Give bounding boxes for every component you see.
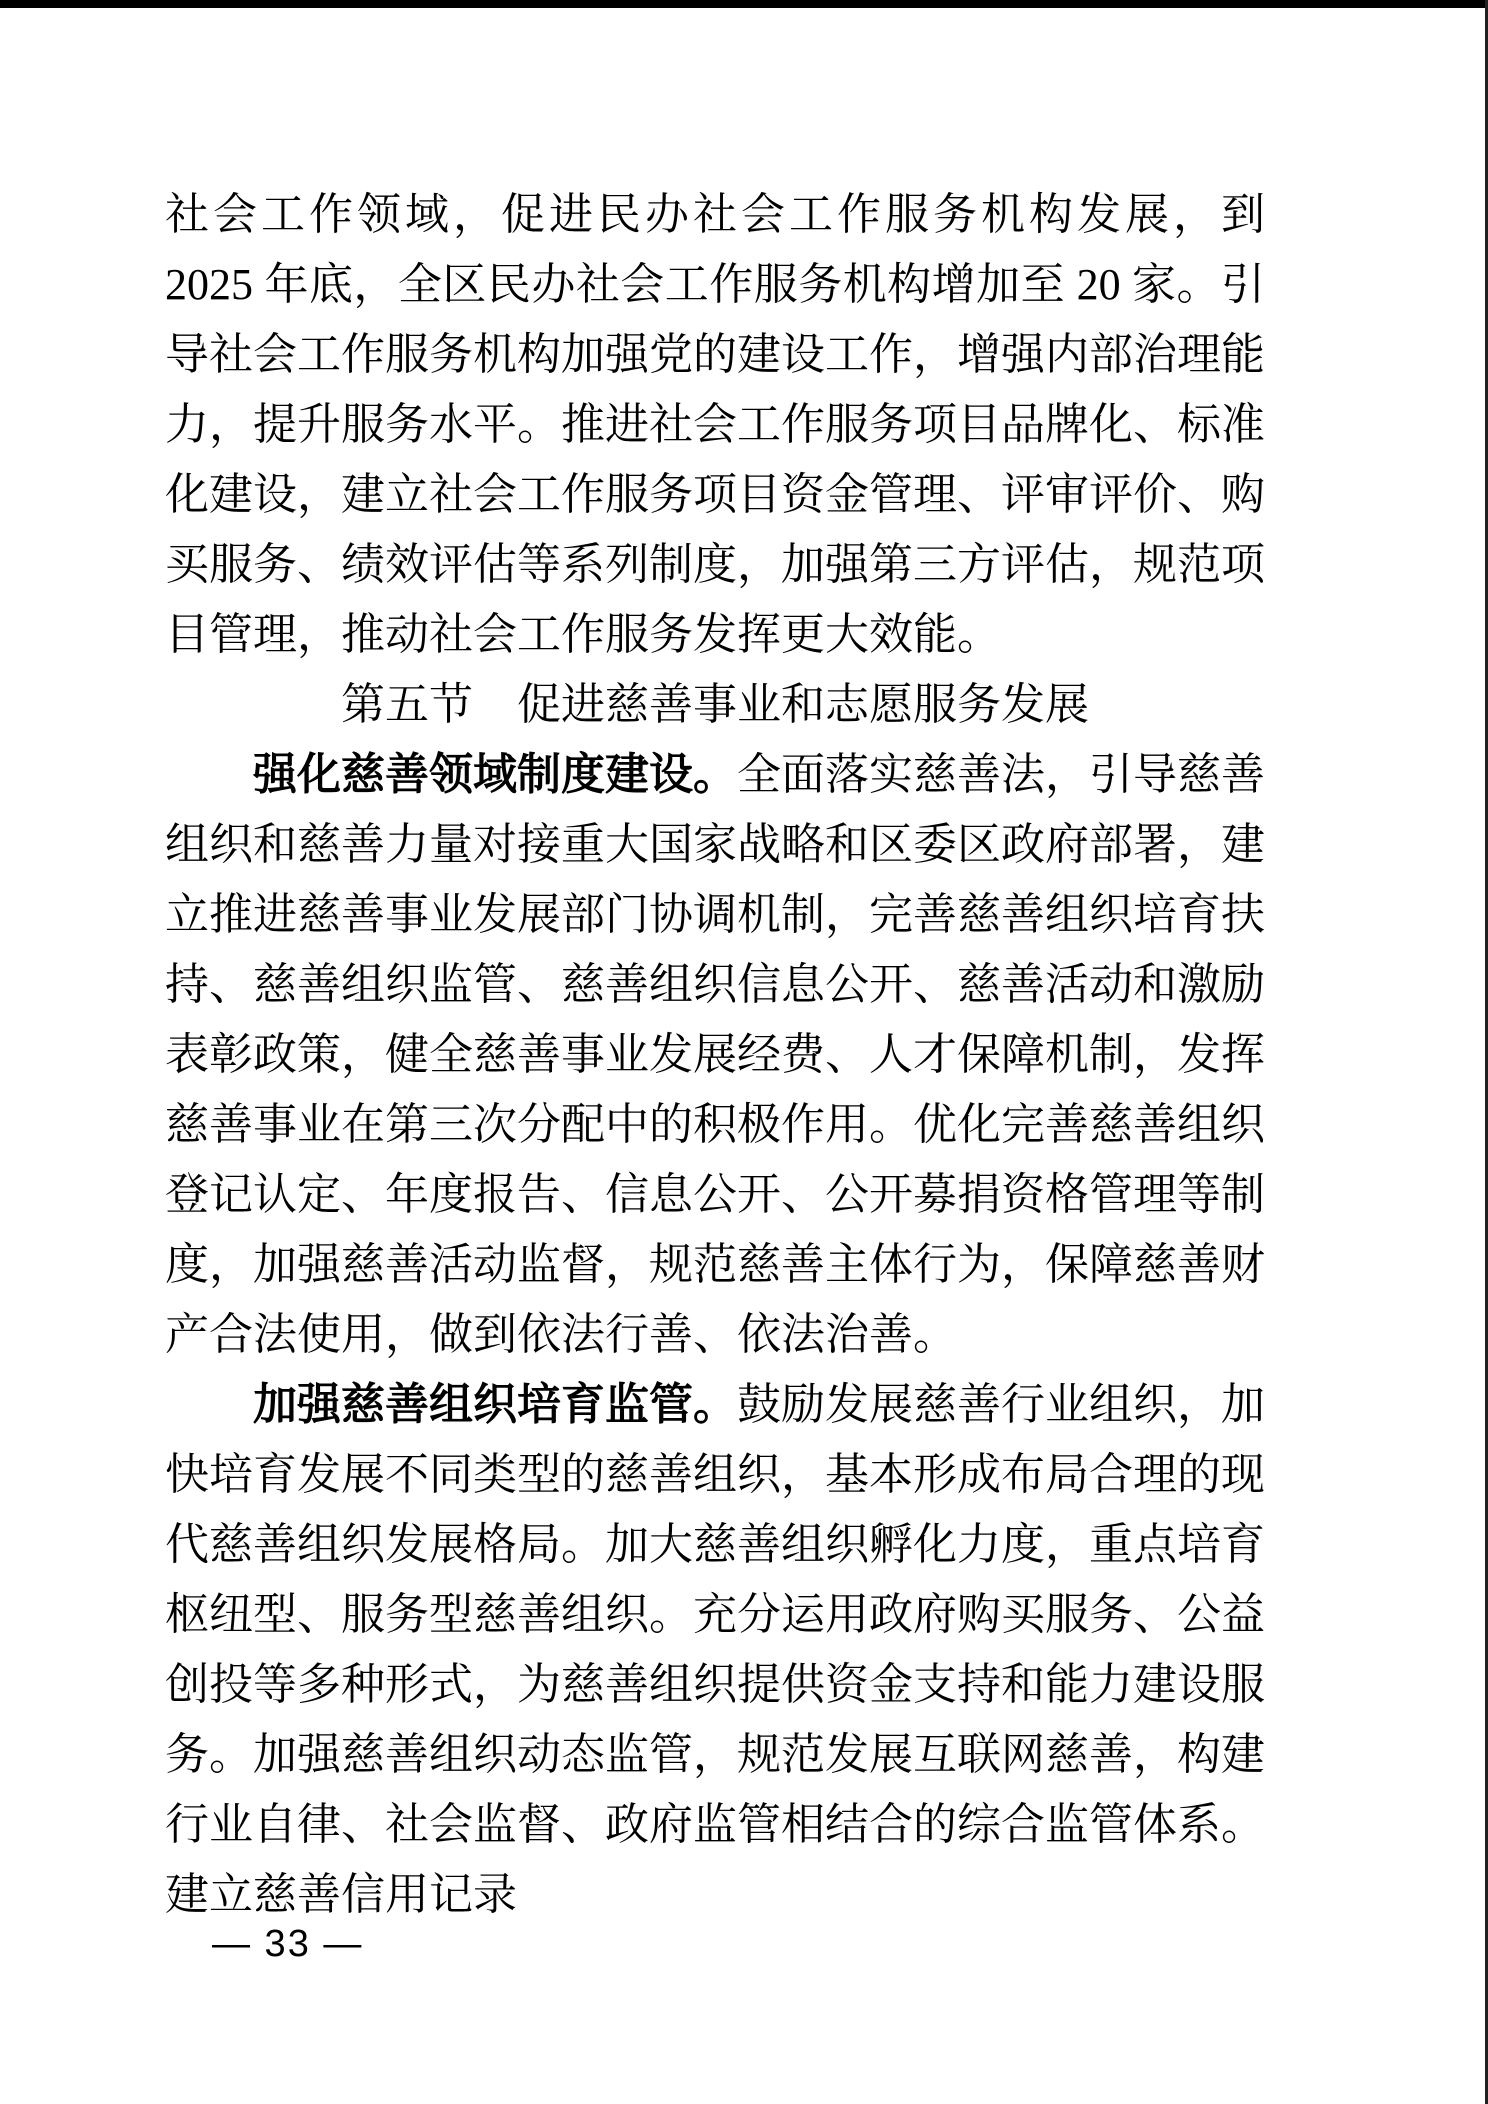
document-page: 社会工作领域，促进民办社会工作服务机构发展，到 2025 年底，全区民办社会工作…: [0, 0, 1488, 2104]
paragraph-lead-bold: 强化慈善领域制度建设。: [253, 750, 737, 799]
section-heading: 第五节 促进慈善事业和志愿服务发展: [165, 670, 1265, 740]
scan-edge-top: [0, 0, 1488, 8]
paragraph-text: 鼓励发展慈善行业组织，加快培育发展不同类型的慈善组织，基本形成布局合理的现代慈善…: [165, 1380, 1265, 1919]
paragraph-lead-bold: 加强慈善组织培育监管。: [253, 1380, 737, 1429]
page-number: — 33 —: [212, 1922, 363, 1966]
paragraph-continuation: 社会工作领域，促进民办社会工作服务机构发展，到 2025 年底，全区民办社会工作…: [165, 180, 1265, 670]
document-body: 社会工作领域，促进民办社会工作服务机构发展，到 2025 年底，全区民办社会工作…: [165, 180, 1265, 1930]
paragraph-charity-orgs: 加强慈善组织培育监管。鼓励发展慈善行业组织，加快培育发展不同类型的慈善组织，基本…: [165, 1370, 1265, 1930]
paragraph-charity-system: 强化慈善领域制度建设。全面落实慈善法，引导慈善组织和慈善力量对接重大国家战略和区…: [165, 740, 1265, 1370]
paragraph-text: 全面落实慈善法，引导慈善组织和慈善力量对接重大国家战略和区委区政府部署，建立推进…: [165, 750, 1265, 1359]
